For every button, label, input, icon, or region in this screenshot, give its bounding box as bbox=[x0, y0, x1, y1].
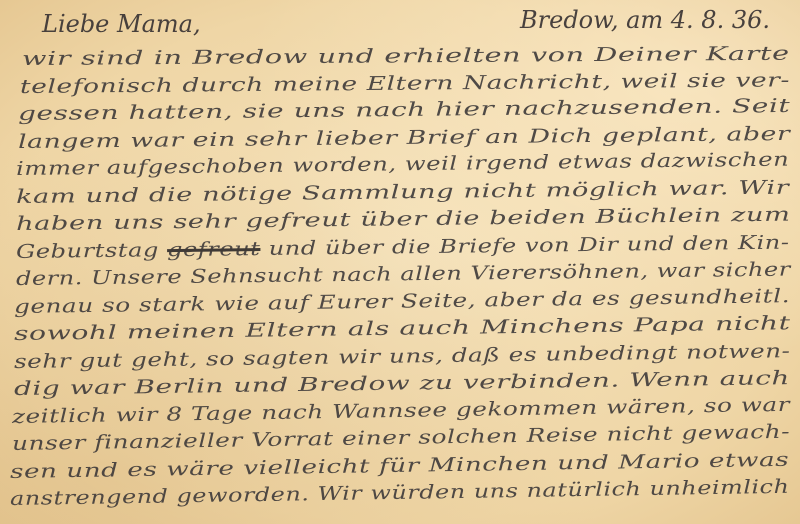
postcard: Liebe Mama, Bredow, am 4. 8. 36. wir sin… bbox=[0, 0, 800, 524]
letter-line: sehr gut geht, so sagten wir uns, daß es… bbox=[14, 340, 791, 373]
letter-line: dern. Unsere Sehnsucht nach allen Vierer… bbox=[16, 259, 791, 290]
line-text: telefonisch durch meine Eltern Nachricht… bbox=[20, 69, 790, 98]
line-text: und über die Briefe von Dir und den Kin- bbox=[268, 231, 789, 259]
letter-line: genau so stark wie auf Eurer Seite, aber… bbox=[14, 285, 790, 318]
line-text: genau so stark wie auf Eurer Seite, aber… bbox=[14, 285, 790, 318]
struck-through-word: gefreut bbox=[167, 238, 261, 261]
letter-line: gessen hatten, sie uns nach hier nachzus… bbox=[18, 95, 790, 125]
line-text: dern. Unsere Sehnsucht nach allen Vierer… bbox=[16, 259, 791, 290]
place-date: Bredow, am 4. 8. 36. bbox=[520, 6, 770, 34]
salutation: Liebe Mama, bbox=[42, 10, 201, 38]
line-text: immer aufgeschoben worden, weil irgend e… bbox=[16, 149, 789, 180]
line-text: sehr gut geht, so sagten wir uns, daß es… bbox=[14, 340, 791, 373]
letter-line: sowohl meinen Eltern als auch Minchens P… bbox=[14, 312, 791, 345]
line-text: langem war ein sehr lieber Brief an Dich… bbox=[18, 122, 791, 152]
line-text: kam und die nötige Sammlung nicht möglic… bbox=[16, 176, 790, 207]
letter-line: wir sind in Bredow und erhielten von Dei… bbox=[22, 43, 790, 70]
line-text: haben uns sehr gefreut über die beiden B… bbox=[16, 204, 791, 235]
letter-line: haben uns sehr gefreut über die beiden B… bbox=[16, 204, 791, 235]
line-text: wir sind in Bredow und erhielten von Dei… bbox=[22, 43, 790, 70]
letter-line: Geburtstag gefreut und über die Briefe v… bbox=[16, 231, 790, 262]
line-text: gessen hatten, sie uns nach hier nachzus… bbox=[18, 95, 790, 125]
line-text: sowohl meinen Eltern als auch Minchens P… bbox=[14, 312, 791, 345]
letter-line: kam und die nötige Sammlung nicht möglic… bbox=[16, 176, 790, 207]
line-text: Geburtstag bbox=[16, 239, 159, 263]
letter-line: langem war ein sehr lieber Brief an Dich… bbox=[18, 122, 791, 152]
letter-line: telefonisch durch meine Eltern Nachricht… bbox=[20, 69, 790, 98]
letter-line: immer aufgeschoben worden, weil irgend e… bbox=[16, 149, 789, 180]
